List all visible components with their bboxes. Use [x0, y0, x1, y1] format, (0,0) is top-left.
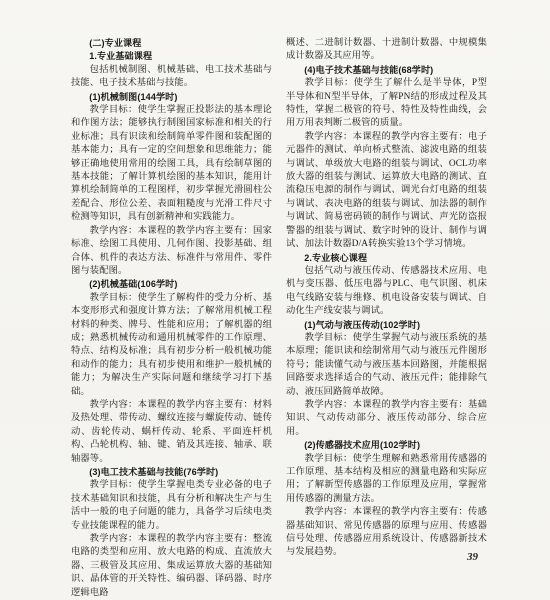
text-columns: (二)专业课程1.专业基础课程包括机械制图、机械基础、电工技术基础与技能、电子技… [71, 37, 487, 600]
paragraph: 教学目标：使学生掌握电类专业必备的电子技术基础知识和技能，具有分析和解决生产与生… [71, 479, 272, 533]
section-heading: (1)机械制图(144学时) [71, 91, 272, 104]
paragraph: 教学内容：本课程的教学内容主要有：国家标准、绘图工具使用、几何作图、投影基础、组… [71, 225, 272, 279]
section-heading: (4)电子技术基础与技能(68学时) [286, 64, 487, 77]
paragraph: 教学目标：使学生掌握正投影法的基本理论和作图方法；能够执行制图国家标准和相关的行… [71, 104, 272, 225]
paragraph: 教学内容：本课程的教学内容主要有：材料及热处理、带传动、螺纹连接与螺旋传动、链传… [71, 399, 272, 466]
paragraph: 教学目标：使学生掌握气动与液压系统的基本原理；能识读和绘制常用气动与液压元件图形… [286, 332, 487, 399]
paragraph: 教学目标：使学生理解和熟悉常用传感器的工作原理、基本结构及相应的测量电路和实际应… [286, 453, 487, 507]
section-heading: (2)机械基础(106学时) [71, 278, 272, 291]
paragraph: 教学内容：本课程的教学内容主要有：基础知识、气动传动部分、液压传动部分、综合应用… [286, 399, 487, 439]
paragraph: 概述、二进制计数器、十进制计数器、中规模集成计数器及其应用等。 [286, 37, 487, 64]
section-heading: 1.专业基础课程 [71, 50, 272, 63]
section-heading: (1)气动与液压传动(102学时) [286, 319, 487, 332]
right-column: 概述、二进制计数器、十进制计数器、中规模集成计数器及其应用等。(4)电子技术基础… [286, 37, 487, 600]
section-heading: (3)电工技术基础与技能(76学时) [71, 466, 272, 479]
paragraph: 教学内容：本课程的教学内容主要有：传感器基础知识、常见传感器的原理与应用、传感器… [286, 506, 487, 560]
paragraph: 包括气动与液压传动、传感器技术应用、电机与变压器、低压电器与PLC、电气识图、机… [286, 265, 487, 319]
page-number: 39 [467, 551, 478, 563]
section-heading: (二)专业课程 [71, 37, 272, 50]
section-heading: 2.专业核心课程 [286, 252, 487, 265]
document-page: (二)专业课程1.专业基础课程包括机械制图、机械基础、电工技术基础与技能、电子技… [0, 0, 550, 600]
paragraph: 教学内容：本课程的教学内容主要有：电子元器件的测试、单向桥式整流、滤波电路的组装… [286, 131, 487, 252]
left-column: (二)专业课程1.专业基础课程包括机械制图、机械基础、电工技术基础与技能、电子技… [71, 37, 272, 600]
section-heading: (2)传感器技术应用(102学时) [286, 439, 487, 452]
paragraph: 教学目标：使学生了解什么是半导体，P型半导体和N型半导体，了解PN结的形成过程及… [286, 77, 487, 131]
paragraph: 教学目标：使学生了解构件的受力分析、基本变形形式和强度计算方法；了解常用机械工程… [71, 292, 272, 399]
paragraph: 包括机械制图、机械基础、电工技术基础与技能、电子技术基础与技能。 [71, 64, 272, 91]
paragraph: 教学内容：本课程的教学内容主要有：整流电路的类型和应用、放大电路的构成、直流放大… [71, 533, 272, 600]
